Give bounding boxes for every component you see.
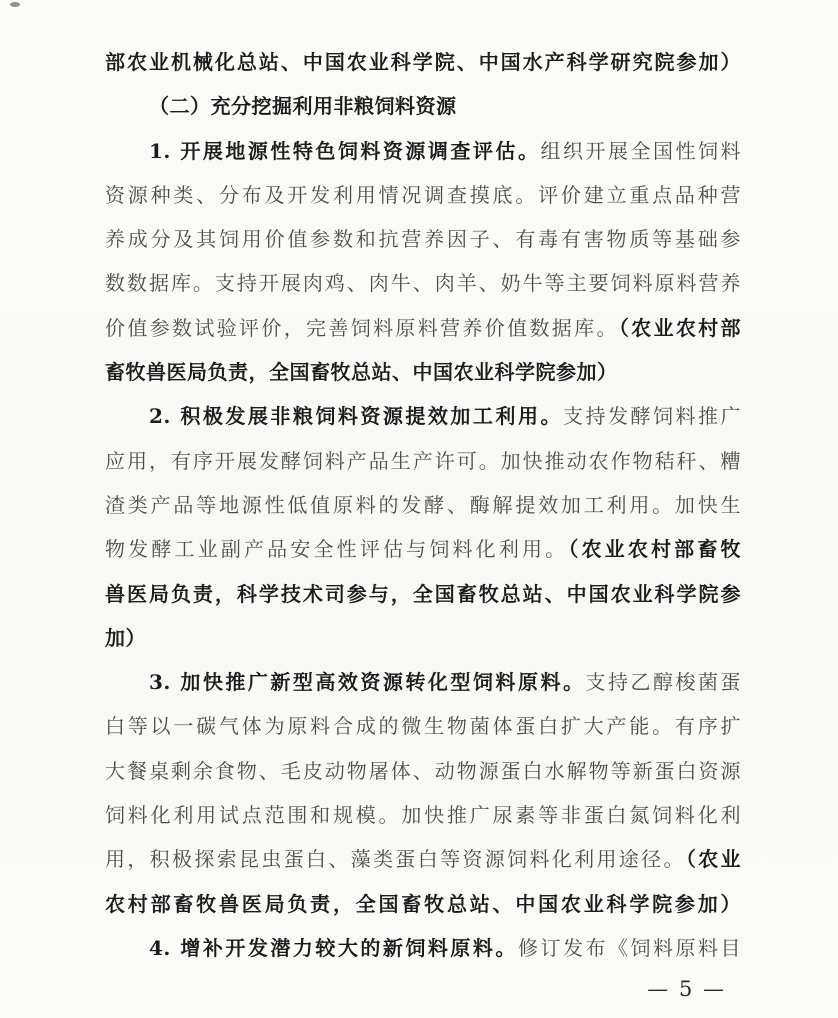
- text-segment: 饲料化利用试点范围和规模。加快推广尿素等非蛋白氮饲料化利: [105, 803, 741, 827]
- bold-text-segment: 农村部畜牧兽医局负责，全国畜牧总站、中国农业科学院参加）: [105, 892, 741, 916]
- bold-text-segment: 1. 开展地源性特色饲料资源调查评估。: [149, 139, 540, 163]
- text-segment: 渣类产品等地源性低值原料的发酵、酶解提效加工利用。加快生: [105, 493, 741, 517]
- bold-text-segment: （农业农村部畜牧: [568, 537, 741, 561]
- document-line: 价值参数试验评价，完善饲料原料营养价值数据库。（农业农村部: [105, 306, 741, 350]
- document-line: （二）充分挖掘利用非粮饲料资源: [105, 84, 741, 128]
- bold-text-segment: （农业: [686, 847, 741, 871]
- document-line: 农村部畜牧兽医局负责，全国畜牧总站、中国农业科学院参加）: [105, 882, 741, 926]
- text-segment: 数数据库。支持开展肉鸡、肉牛、肉羊、奶牛等主要饲料原料营养: [105, 271, 741, 295]
- bold-text-segment: 加）: [105, 626, 146, 650]
- bold-text-segment: （二）充分挖掘利用非粮饲料资源: [149, 94, 457, 118]
- page-number-footer: — 5 —: [647, 972, 726, 1006]
- bold-text-segment: 部农业机械化总站、中国农业科学院、中国水产科学研究院参加）: [105, 50, 741, 74]
- document-line: 白等以一碳气体为原料合成的微生物菌体蛋白扩大产能。有序扩: [105, 704, 741, 748]
- document-line: 资源种类、分布及开发利用情况调查摸底。评价建立重点品种营: [105, 173, 741, 217]
- document-body: 部农业机械化总站、中国农业科学院、中国水产科学研究院参加）（二）充分挖掘利用非粮…: [105, 40, 741, 970]
- bold-text-segment: 4. 增补开发潜力较大的新饲料原料。: [149, 936, 518, 960]
- text-segment: 用，积极探索昆虫蛋白、藻类蛋白等资源饲料化利用途径。: [105, 847, 686, 871]
- document-page: 部农业机械化总站、中国农业科学院、中国水产科学研究院参加）（二）充分挖掘利用非粮…: [0, 0, 838, 1018]
- text-segment: 价值参数试验评价，完善饲料原料营养价值数据库。: [105, 316, 619, 340]
- document-line: 1. 开展地源性特色饲料资源调查评估。组织开展全国性饲料: [105, 129, 741, 173]
- document-line: 应用，有序开展发酵饲料产品生产许可。加快推动农作物秸秆、糟: [105, 439, 741, 483]
- document-line: 物发酵工业副产品安全性评估与饲料化利用。（农业农村部畜牧: [105, 527, 741, 571]
- scan-artifact: [10, 2, 20, 7]
- text-segment: 支持发酵饲料推广: [563, 404, 741, 428]
- bold-text-segment: 3. 加快推广新型高效资源转化型饲料原料。: [149, 670, 585, 694]
- document-line: 养成分及其饲用价值参数和抗营养因子、有毒有害物质等基础参: [105, 217, 741, 261]
- document-line: 加）: [105, 616, 741, 660]
- text-segment: 物发酵工业副产品安全性评估与饲料化利用。: [105, 537, 568, 561]
- text-segment: 修订发布《饲料原料目: [518, 936, 741, 960]
- document-line: 大餐桌剩余食物、毛皮动物屠体、动物源蛋白水解物等新蛋白资源: [105, 749, 741, 793]
- text-segment: 组织开展全国性饲料: [540, 139, 741, 163]
- document-line: 数数据库。支持开展肉鸡、肉牛、肉羊、奶牛等主要饲料原料营养: [105, 261, 741, 305]
- document-line: 兽医局负责，科学技术司参与，全国畜牧总站、中国农业科学院参: [105, 572, 741, 616]
- bold-text-segment: 畜牧兽医局负责，全国畜牧总站、中国农业科学院参加）: [105, 360, 618, 384]
- text-segment: 大餐桌剩余食物、毛皮动物屠体、动物源蛋白水解物等新蛋白资源: [105, 759, 741, 783]
- text-segment: 应用，有序开展发酵饲料产品生产许可。加快推动农作物秸秆、糟: [105, 449, 741, 473]
- document-lines: 部农业机械化总站、中国农业科学院、中国水产科学研究院参加）（二）充分挖掘利用非粮…: [105, 40, 741, 970]
- text-segment: 资源种类、分布及开发利用情况调查摸底。评价建立重点品种营: [105, 183, 741, 207]
- document-line: 用，积极探索昆虫蛋白、藻类蛋白等资源饲料化利用途径。（农业: [105, 837, 741, 881]
- document-line: 4. 增补开发潜力较大的新饲料原料。修订发布《饲料原料目: [105, 926, 741, 970]
- document-line: 部农业机械化总站、中国农业科学院、中国水产科学研究院参加）: [105, 40, 741, 84]
- bold-text-segment: 兽医局负责，科学技术司参与，全国畜牧总站、中国农业科学院参: [105, 582, 741, 606]
- document-line: 饲料化利用试点范围和规模。加快推广尿素等非蛋白氮饲料化利: [105, 793, 741, 837]
- document-line: 3. 加快推广新型高效资源转化型饲料原料。支持乙醇梭菌蛋: [105, 660, 741, 704]
- text-segment: 支持乙醇梭菌蛋: [585, 670, 741, 694]
- text-segment: 养成分及其饲用价值参数和抗营养因子、有毒有害物质等基础参: [105, 227, 741, 251]
- document-line: 畜牧兽医局负责，全国畜牧总站、中国农业科学院参加）: [105, 350, 741, 394]
- text-segment: 白等以一碳气体为原料合成的微生物菌体蛋白扩大产能。有序扩: [105, 714, 741, 738]
- bold-text-segment: （农业农村部: [619, 316, 741, 340]
- document-line: 渣类产品等地源性低值原料的发酵、酶解提效加工利用。加快生: [105, 483, 741, 527]
- document-line: 2. 积极发展非粮饲料资源提效加工利用。支持发酵饲料推广: [105, 394, 741, 438]
- bold-text-segment: 2. 积极发展非粮饲料资源提效加工利用。: [149, 404, 563, 428]
